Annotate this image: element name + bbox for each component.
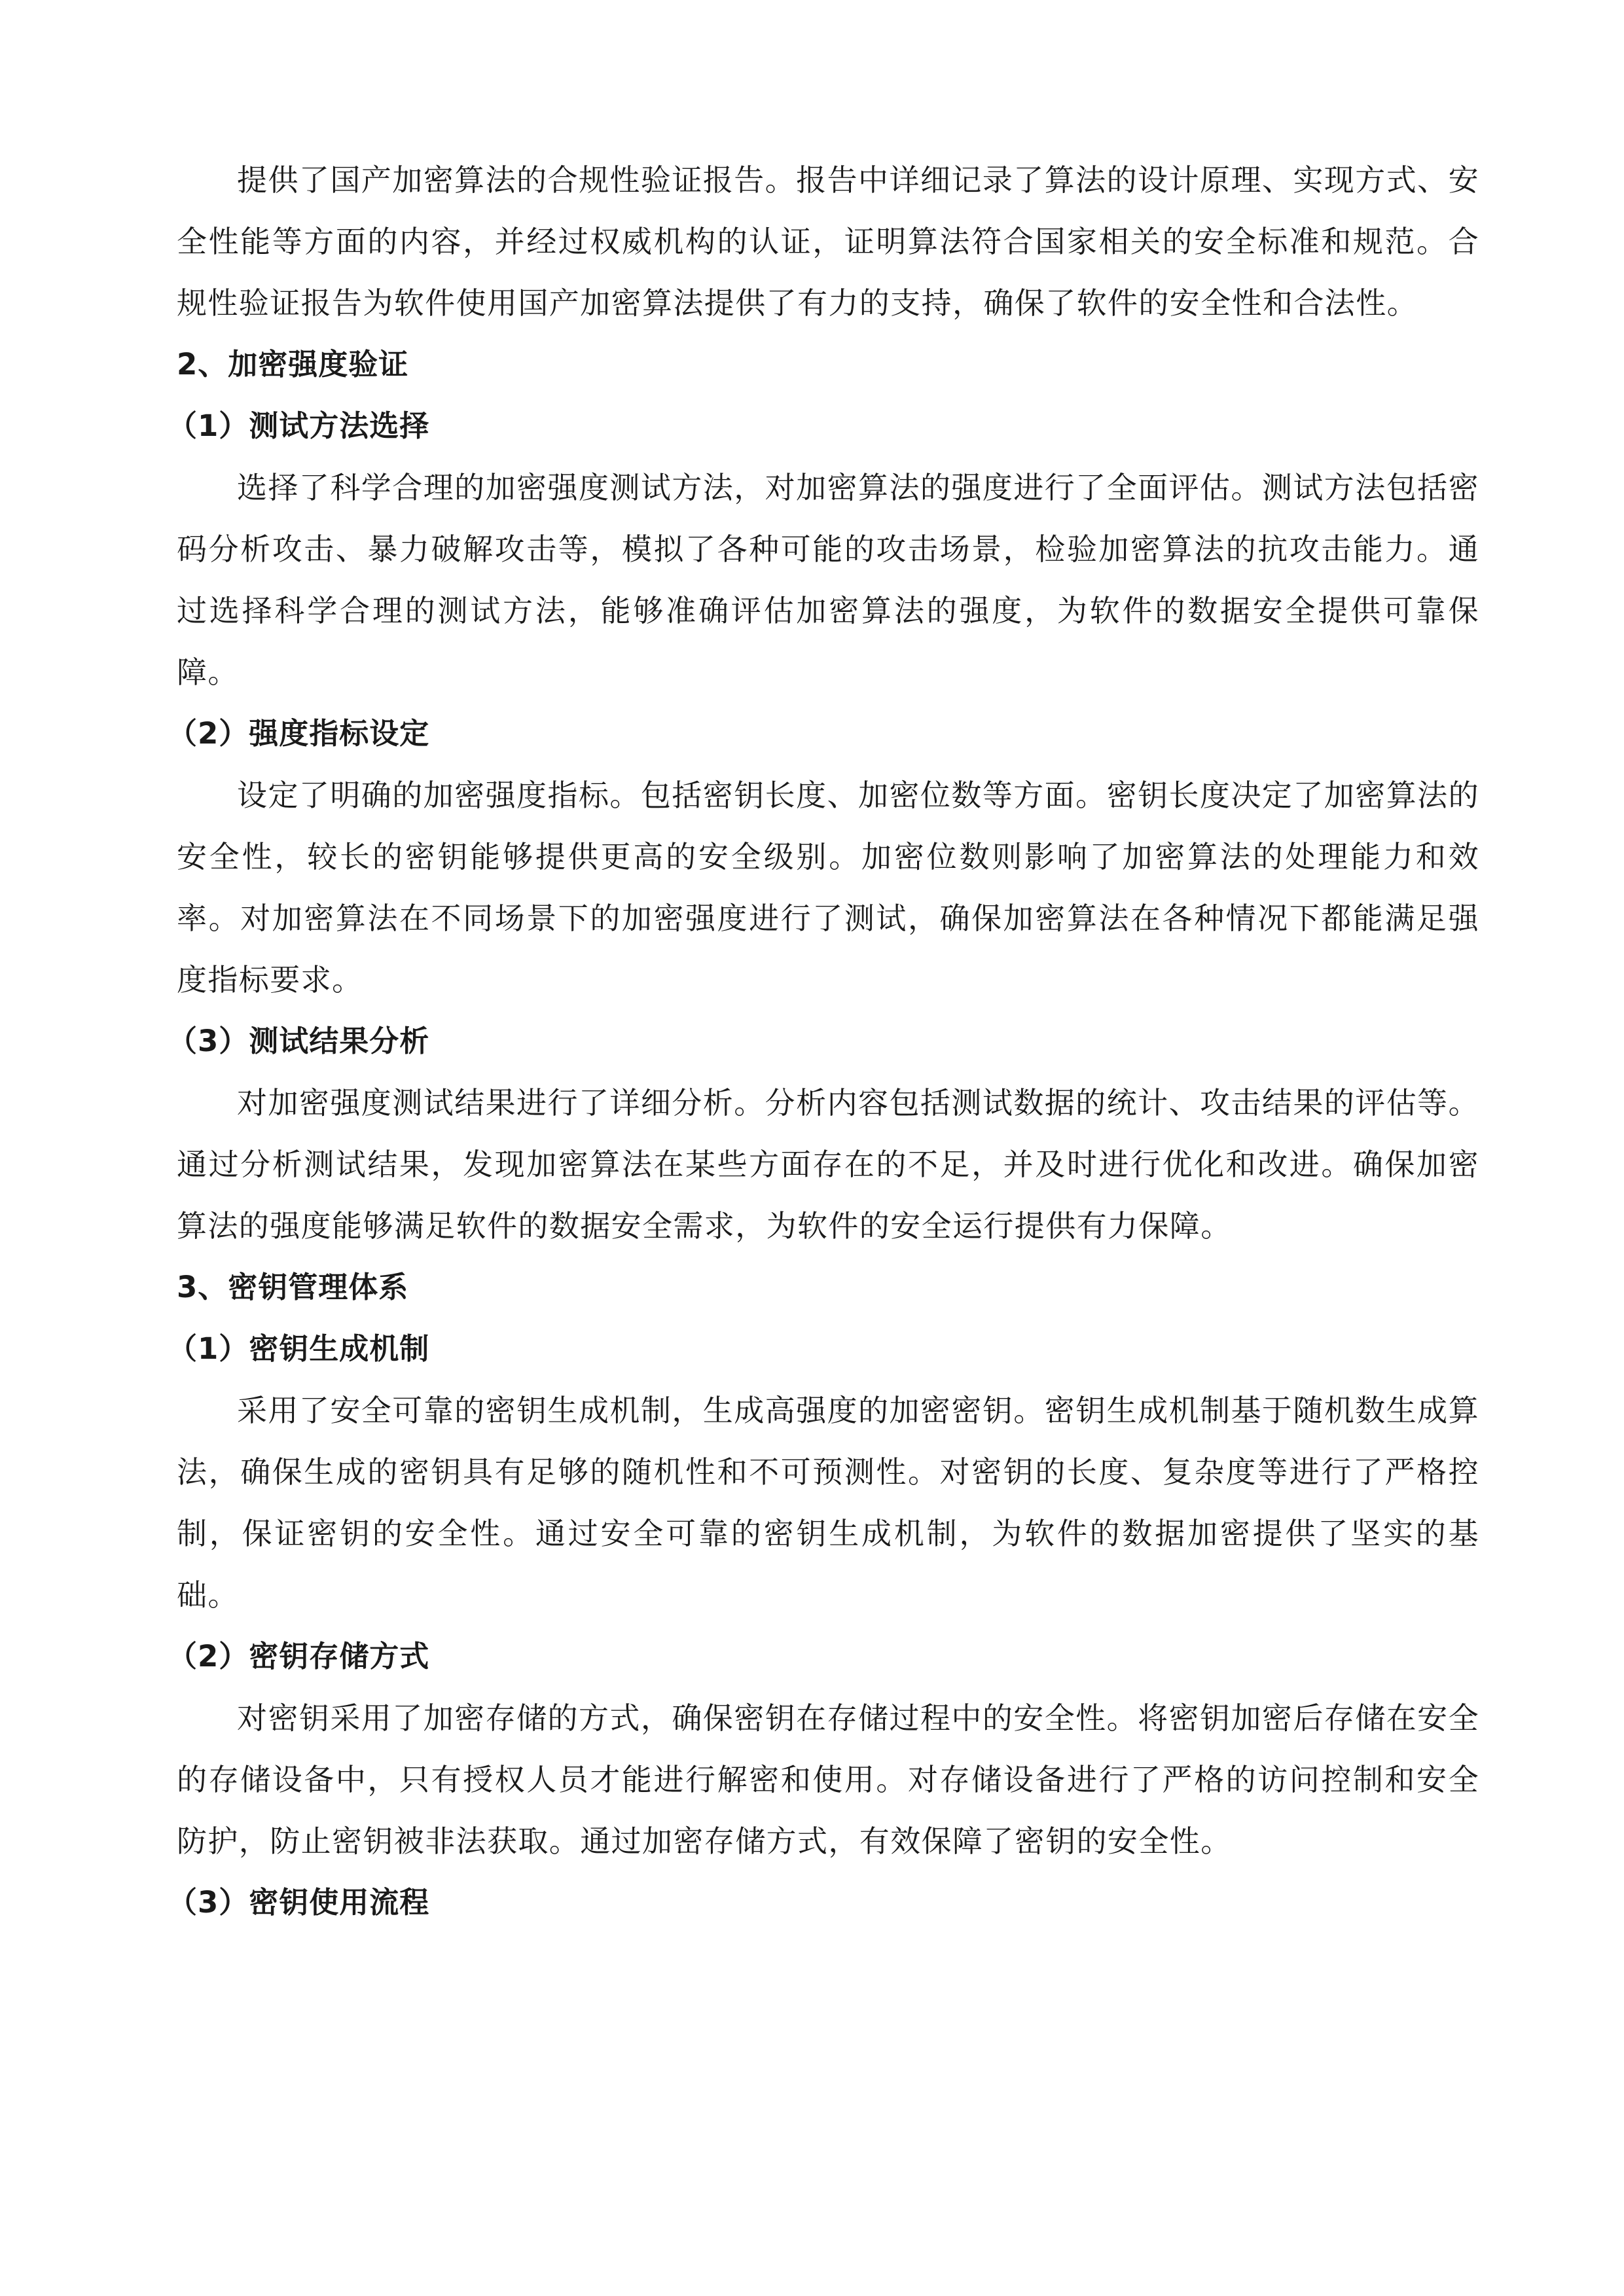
paragraph-test-method: 选择了科学合理的加密强度测试方法，对加密算法的强度进行了全面评估。测试方法包括密…: [177, 457, 1479, 703]
subheading-key-usage: （3）密钥使用流程: [168, 1872, 1479, 1933]
document-body: 提供了国产加密算法的合规性验证报告。报告中详细记录了算法的设计原理、实现方式、安…: [177, 149, 1479, 1933]
section-heading-key-management: 3、密钥管理体系: [177, 1257, 1479, 1318]
subheading-strength-metrics: （2）强度指标设定: [168, 703, 1479, 764]
paragraph-result-analysis: 对加密强度测试结果进行了详细分析。分析内容包括测试数据的统计、攻击结果的评估等。…: [177, 1072, 1479, 1257]
paragraph-key-storage: 对密钥采用了加密存储的方式，确保密钥在存储过程中的安全性。将密钥加密后存储在安全…: [177, 1687, 1479, 1872]
subheading-result-analysis: （3）测试结果分析: [168, 1011, 1479, 1072]
document-page: 提供了国产加密算法的合规性验证报告。报告中详细记录了算法的设计原理、实现方式、安…: [0, 0, 1624, 2296]
section-heading-encryption-strength: 2、加密强度验证: [177, 334, 1479, 395]
paragraph-strength-metrics: 设定了明确的加密强度指标。包括密钥长度、加密位数等方面。密钥长度决定了加密算法的…: [177, 764, 1479, 1011]
subheading-key-generation: （1）密钥生成机制: [168, 1318, 1479, 1380]
paragraph-compliance-report: 提供了国产加密算法的合规性验证报告。报告中详细记录了算法的设计原理、实现方式、安…: [177, 149, 1479, 334]
subheading-key-storage: （2）密钥存储方式: [168, 1626, 1479, 1687]
paragraph-key-generation: 采用了安全可靠的密钥生成机制，生成高强度的加密密钥。密钥生成机制基于随机数生成算…: [177, 1380, 1479, 1626]
subheading-test-method: （1）测试方法选择: [168, 395, 1479, 457]
